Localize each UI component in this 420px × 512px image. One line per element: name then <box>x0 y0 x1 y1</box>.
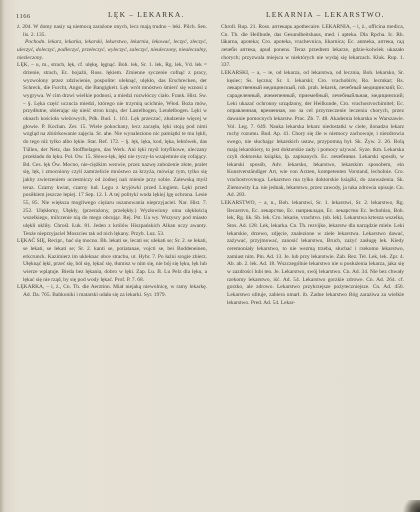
scanned-page: 1166 LĘK – LEKARKA. LEKARNIA – LEKARSTWO… <box>0 0 420 512</box>
header-left-guide-words: LĘK – LEKARKA. <box>108 10 185 19</box>
running-header: 1166 LĘK – LEKARKA. LEKARNIA – LEKARSTWO… <box>16 10 406 24</box>
book-spine-edge <box>0 0 4 512</box>
page-corner-shadow <box>402 500 420 512</box>
dictionary-entry: ż. 204. W domy nasiy są niemocą zarażone… <box>17 24 207 39</box>
page-number: 1166 <box>16 13 31 20</box>
right-column: Chroll. Rup. 21. Ross. aптекаpь apotheca… <box>221 24 404 307</box>
dictionary-entry-lek: LĘK, – u, m., strach, lęk, cf. ulękę, lę… <box>17 62 207 238</box>
dictionary-entry-lekarka: LĘKARKA, – i, ż., Cn. Th. die Aerztinn. … <box>17 284 207 299</box>
dictionary-entry-lekarstwo: LEKARSTWO, – a, n., Boh. lekarstwi, Sr. … <box>221 200 404 307</box>
dictionary-entry-lekac-sie: LĘKAĆ SIĘ, Recipr., bać się mocno. Bh. l… <box>17 238 207 284</box>
dictionary-entry: Pochodn. lekarz, lekarka, lekarski, leka… <box>17 39 207 62</box>
left-column: ż. 204. W domy nasiy są niemocą zarażone… <box>17 24 207 300</box>
dictionary-entry-lekarski: LEKARSKI, – a, – ie, od lekarza, od leka… <box>221 70 404 200</box>
header-right-guide-words: LEKARNIA – LEKARSTWO. <box>266 10 385 19</box>
dictionary-entry-lekarnia: Chroll. Rup. 21. Ross. aптекаpь apotheca… <box>221 24 404 70</box>
